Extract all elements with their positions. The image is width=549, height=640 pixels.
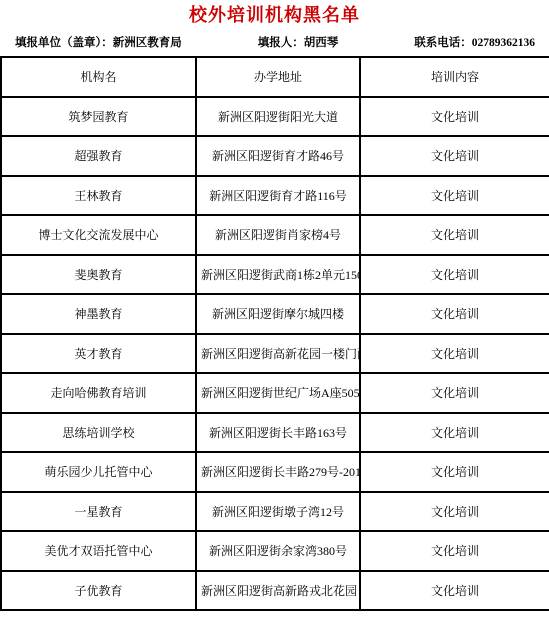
cell-training-content: 文化培训	[360, 255, 549, 295]
cell-training-content: 文化培训	[360, 97, 549, 137]
cell-institution: 斐奥教育	[1, 255, 196, 295]
cell-address: 新洲区阳逻街长丰路163号	[196, 413, 360, 453]
table-row: 超强教育新洲区阳逻街育才路46号文化培训	[1, 136, 549, 176]
cell-institution: 一星教育	[1, 492, 196, 532]
blacklist-table: 机构名 办学地址 培训内容 筑梦园教育新洲区阳逻街阳光大道文化培训超强教育新洲区…	[0, 56, 549, 611]
cell-address: 新洲区阳逻街世纪广场A座505	[196, 373, 360, 413]
document-page: 校外培训机构黑名单 填报单位（盖章）：新洲区教育局 填报人：胡西琴 联系电话：0…	[0, 0, 549, 640]
table-header-row: 机构名 办学地址 培训内容	[1, 57, 549, 97]
cell-address: 新洲区阳逻街肖家榜4号	[196, 215, 360, 255]
cell-institution: 走向哈佛教育培训	[1, 373, 196, 413]
cell-address: 新洲区阳逻街余家湾380号	[196, 531, 360, 571]
header-cell-institution: 机构名	[1, 57, 196, 97]
table-row: 美优才双语托管中心新洲区阳逻街余家湾380号文化培训	[1, 531, 549, 571]
cell-training-content: 文化培训	[360, 571, 549, 611]
table-row: 神墨教育新洲区阳逻街摩尔城四楼文化培训	[1, 294, 549, 334]
table-row: 子优教育新洲区阳逻街高新路戎北花园文化培训	[1, 571, 549, 611]
header-cell-address: 办学地址	[196, 57, 360, 97]
table-body: 筑梦园教育新洲区阳逻街阳光大道文化培训超强教育新洲区阳逻街育才路46号文化培训王…	[1, 97, 549, 611]
meta-submitting-unit: 填报单位（盖章）：新洲区教育局	[15, 36, 182, 50]
cell-address: 新洲区阳逻街高新路戎北花园	[196, 571, 360, 611]
cell-training-content: 文化培训	[360, 373, 549, 413]
table-row: 一星教育新洲区阳逻街墩子湾12号文化培训	[1, 492, 549, 532]
table-row: 博士文化交流发展中心新洲区阳逻街肖家榜4号文化培训	[1, 215, 549, 255]
meta-row: 填报单位（盖章）：新洲区教育局 填报人：胡西琴 联系电话：02789362136	[0, 36, 549, 50]
meta-phone: 联系电话：02789362136	[414, 36, 535, 50]
table-row: 走向哈佛教育培训新洲区阳逻街世纪广场A座505文化培训	[1, 373, 549, 413]
cell-address: 新洲区阳逻街育才路46号	[196, 136, 360, 176]
cell-training-content: 文化培训	[360, 452, 549, 492]
cell-address: 新洲区阳逻街墩子湾12号	[196, 492, 360, 532]
table-row: 英才教育新洲区阳逻街高新花园一楼门面文化培训	[1, 334, 549, 374]
cell-training-content: 文化培训	[360, 176, 549, 216]
cell-training-content: 文化培训	[360, 492, 549, 532]
header-cell-training-content: 培训内容	[360, 57, 549, 97]
cell-address: 新洲区阳逻街育才路116号	[196, 176, 360, 216]
cell-institution: 英才教育	[1, 334, 196, 374]
cell-address: 新洲区阳逻街摩尔城四楼	[196, 294, 360, 334]
cell-institution: 超强教育	[1, 136, 196, 176]
cell-training-content: 文化培训	[360, 413, 549, 453]
cell-institution: 萌乐园少儿托管中心	[1, 452, 196, 492]
cell-address: 新洲区阳逻街阳光大道	[196, 97, 360, 137]
cell-institution: 神墨教育	[1, 294, 196, 334]
cell-training-content: 文化培训	[360, 294, 549, 334]
table-row: 思练培训学校新洲区阳逻街长丰路163号文化培训	[1, 413, 549, 453]
cell-institution: 筑梦园教育	[1, 97, 196, 137]
cell-institution: 思练培训学校	[1, 413, 196, 453]
cell-address: 新洲区阳逻街高新花园一楼门面	[196, 334, 360, 374]
cell-training-content: 文化培训	[360, 136, 549, 176]
table-row: 萌乐园少儿托管中心新洲区阳逻街长丰路279号-201文化培训	[1, 452, 549, 492]
cell-institution: 美优才双语托管中心	[1, 531, 196, 571]
table-row: 斐奥教育新洲区阳逻街武商1栋2单元1503文化培训	[1, 255, 549, 295]
meta-reporter: 填报人：胡西琴	[258, 36, 339, 50]
table-header: 机构名 办学地址 培训内容	[1, 57, 549, 97]
cell-training-content: 文化培训	[360, 531, 549, 571]
cell-address: 新洲区阳逻街长丰路279号-201	[196, 452, 360, 492]
cell-address: 新洲区阳逻街武商1栋2单元1503	[196, 255, 360, 295]
cell-training-content: 文化培训	[360, 334, 549, 374]
cell-institution: 子优教育	[1, 571, 196, 611]
cell-training-content: 文化培训	[360, 215, 549, 255]
table-row: 王林教育新洲区阳逻街育才路116号文化培训	[1, 176, 549, 216]
cell-institution: 博士文化交流发展中心	[1, 215, 196, 255]
cell-institution: 王林教育	[1, 176, 196, 216]
page-title: 校外培训机构黑名单	[0, 0, 549, 27]
table-row: 筑梦园教育新洲区阳逻街阳光大道文化培训	[1, 97, 549, 137]
